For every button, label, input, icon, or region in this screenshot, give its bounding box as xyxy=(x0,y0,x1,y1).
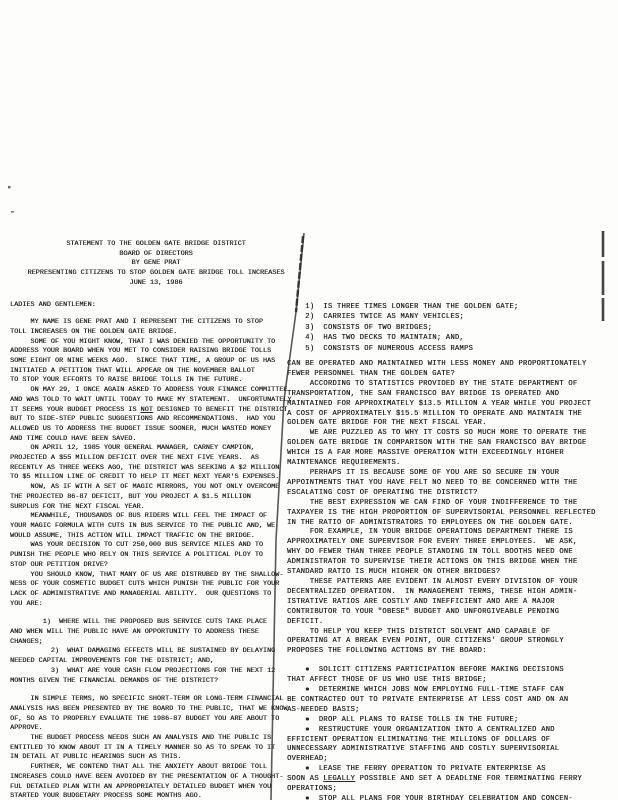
paragraph-caltrans-statistics: ACCORDING TO STATISTICS PROVIDED BY THE … xyxy=(287,380,613,430)
paragraph-indifference-ratio: THE BEST EXPRESSION WE CAN FIND OF YOUR … xyxy=(287,499,613,529)
paragraph-obese-budget: THESE PATTERNS ARE EVIDENT IN ALMOST EVE… xyxy=(287,578,613,628)
paragraph-service-miles: WAS YOUR DECISION TO CUT 250,000 BUS SER… xyxy=(10,541,302,570)
scanned-document-page: STATEMENT TO THE GOLDEN GATE BRIDGE DIST… xyxy=(0,0,618,800)
bay-bridge-comparison-list: 1) IS THREE TIMES LONGER THAN THE GOLDEN… xyxy=(287,302,613,354)
proposal-drop-toll-plans: ● DROP ALL PLANS TO RAISE TOLLS IN THE F… xyxy=(287,716,613,726)
paragraph-puzzled-costs: WE ARE PUZZLED AS TO WHY IT COSTS SO MUC… xyxy=(287,429,613,469)
scan-speck xyxy=(11,211,14,213)
paragraph-no-analysis: IN SIMPLE TERMS, NO SPECIFIC SHORT-TERM … xyxy=(10,695,302,734)
paragraph-supervisor-example: FOR EXAMPLE, IN YOUR BRIDGE OPERATIONS D… xyxy=(287,528,613,578)
proposal-stop-birthday-plans: ● STOP ALL PLANS FOR YOUR BIRTHDAY CELEB… xyxy=(287,795,613,800)
proposal-lease-ferry: ● LEASE THE FERRY OPERATION TO PRIVATE E… xyxy=(287,765,613,795)
question-item-2: 2) WHAT DAMAGING EFFECTS WILL BE SUSTAIN… xyxy=(10,647,302,666)
left-page-column: STATEMENT TO THE GOLDEN GATE BRIDGE DIST… xyxy=(10,240,302,800)
paragraph-deficit-projection: ON APRIL 12, 1985 YOUR GENERAL MANAGER, … xyxy=(10,444,302,483)
salutation: LADIES AND GENTLEMEN: xyxy=(10,301,302,311)
question-item-1: 1) WHERE WILL THE PROPOSED BUS SERVICE C… xyxy=(10,618,302,647)
question-item-3: 3) WHAT ARE YOUR CASH FLOW PROJECTIONS F… xyxy=(10,667,302,686)
paragraph-introduction: MY NAME IS GENE PRAT AND I REPRESENT THE… xyxy=(10,318,302,337)
paragraph-secure-appointments: PERHAPS IT IS BECAUSE SOME OF YOU ARE SO… xyxy=(287,469,613,499)
paragraph-magic-mirrors: NOW, AS IF WITH A SET OF MAGIC MIRRORS, … xyxy=(10,483,302,512)
right-page-column: 1) IS THREE TIMES LONGER THAN THE GOLDEN… xyxy=(287,302,613,800)
paragraph-anxiety-avoided: FURTHER, WE CONTEND THAT ALL THE ANXIETY… xyxy=(10,763,302,800)
proposal-restructure-organization: ● RESTRUCTURE YOUR ORGANIZATION INTO A C… xyxy=(287,726,613,766)
paragraph-operated-for-less: CAN BE OPERATED AND MAINTAINED WITH LESS… xyxy=(287,360,613,380)
scan-speck xyxy=(8,186,10,188)
paragraph-proposed-actions-intro: TO HELP YOU KEEP THIS DISTRICT SOLVENT A… xyxy=(287,628,613,658)
paragraph-denied-opportunity: SOME OF YOU MIGHT KNOW, THAT I WAS DENIE… xyxy=(10,338,302,387)
paragraph-timely-manner: THE BUDGET PROCESS NEEDS SUCH AN ANALYSI… xyxy=(10,734,302,763)
statement-header: STATEMENT TO THE GOLDEN GATE BRIDGE DIST… xyxy=(10,240,302,289)
proposal-contract-out-jobs: ● DETERMINE WHICH JOBS NOW EMPLOYING FUL… xyxy=(287,686,613,716)
proposal-solicit-participation: ● SOLICIT CITIZENS PARTICIPATION BEFORE … xyxy=(287,666,613,686)
paragraph-bus-riders: MEANWHILE, THOUSANDS OF BUS RIDERS WILL … xyxy=(10,512,302,541)
paragraph-cosmetic-cuts: YOU SHOULD KNOW, THAT MANY OF US ARE DIS… xyxy=(10,571,302,610)
paragraph-budget-process: ON MAY 29, I ONCE AGAIN ASKED TO ADDRESS… xyxy=(10,386,302,444)
